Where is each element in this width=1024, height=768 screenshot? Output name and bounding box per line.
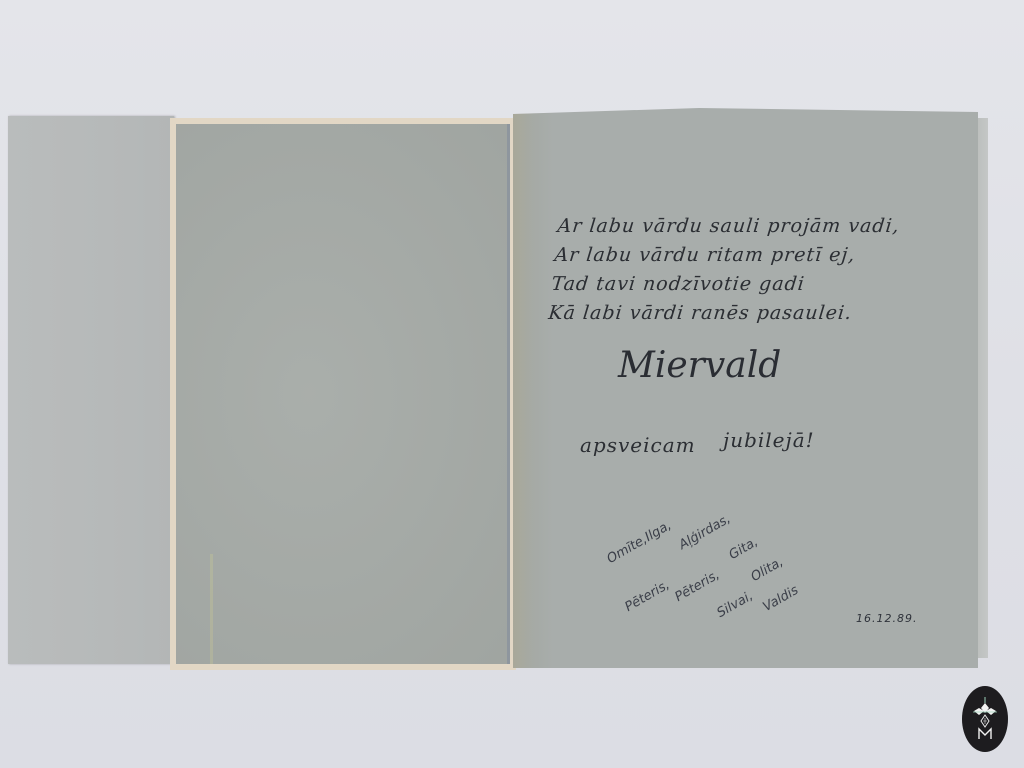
dedication-page [513,108,978,668]
congrats-word: apsveicam [580,433,696,457]
folk-ornament-logo-icon [970,695,1000,743]
congrats-word: jubilejā! [723,428,815,452]
date: 16.12.89. [856,612,917,625]
paper-streak [210,554,213,664]
poem-line: Ar labu vārdu ritam pretī ej, [553,241,898,270]
left-endpaper [176,124,510,664]
poem-line: Kā labi vārdi ranēs pasaulei. [547,299,892,328]
poem: Ar labu vārdu sauli projām vadi, Ar labu… [547,212,901,328]
poem-line: Tad tavi nodzīvotie gadi [550,270,895,299]
watermark-logo [962,686,1008,752]
poem-line: Ar labu vārdu sauli projām vadi, [556,212,901,241]
dust-jacket-flap [8,116,174,664]
recipient-name: Miervald [618,345,781,386]
